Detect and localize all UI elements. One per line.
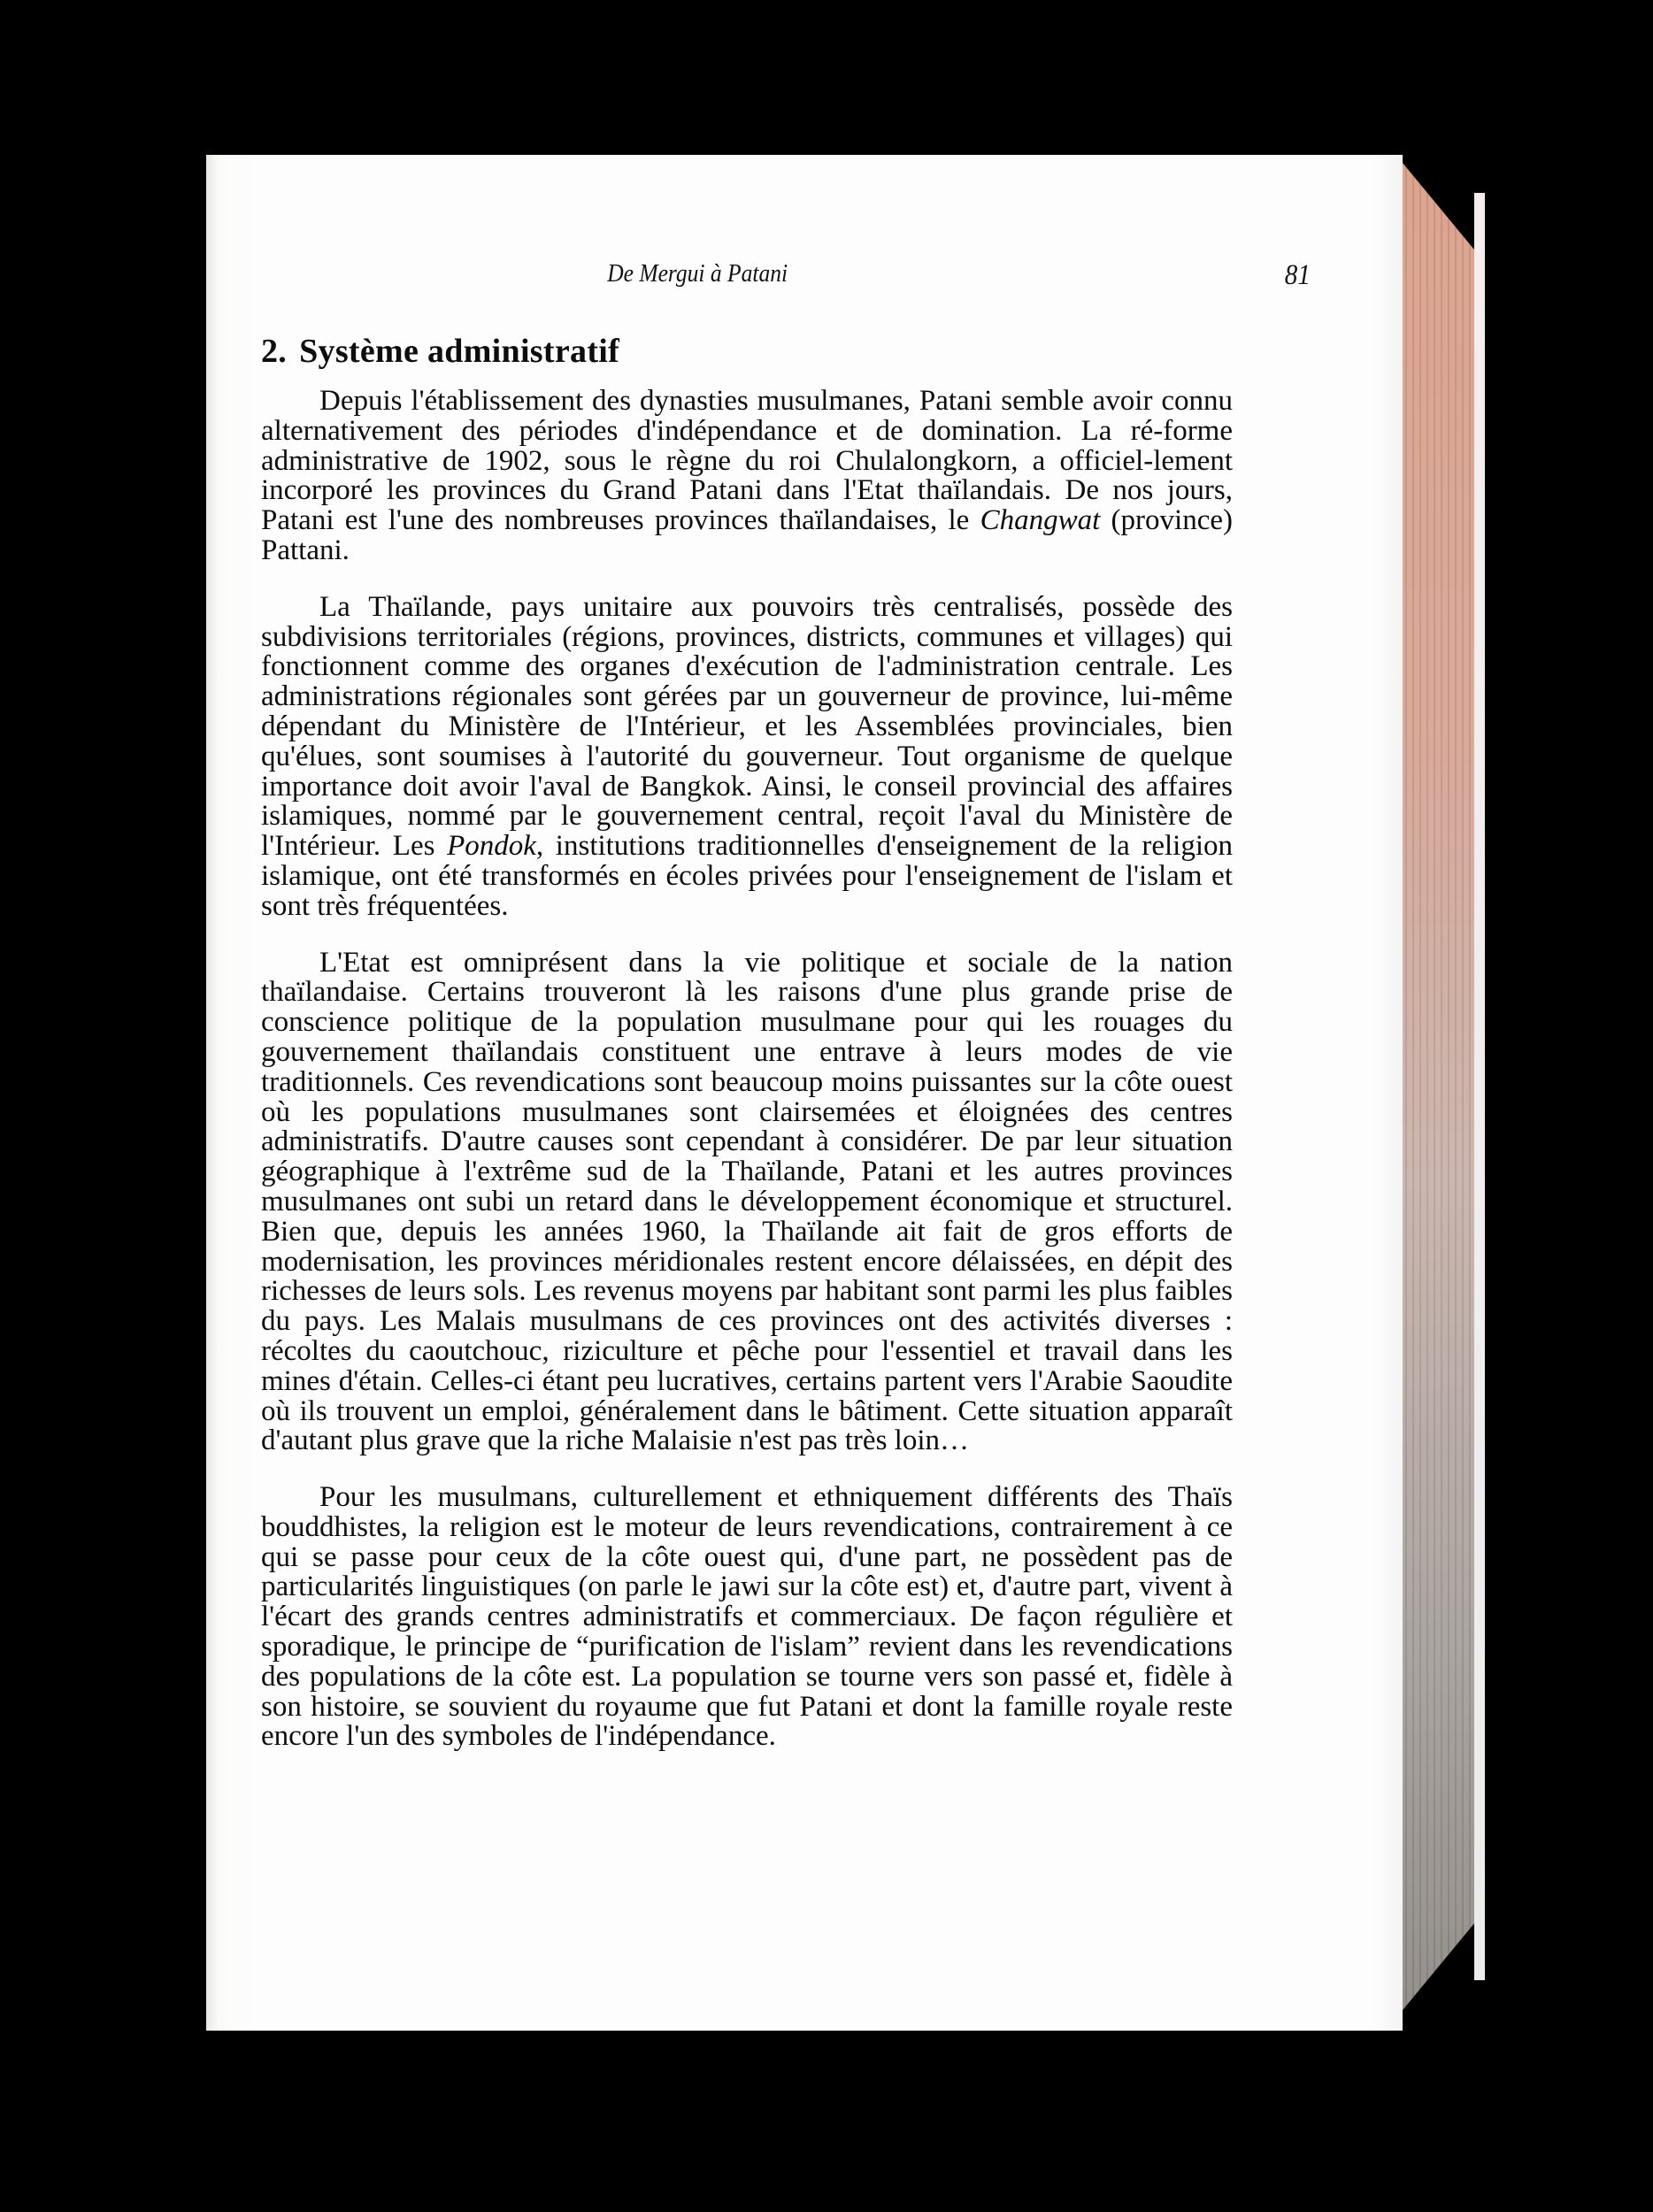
book-fore-edge-last-leaf <box>1474 193 1485 1980</box>
body-text: 2.Système administratif Depuis l'établis… <box>261 332 1233 1778</box>
paragraph-2: La Thaïlande, pays unitaire aux pouvoirs… <box>261 593 1233 922</box>
section-number: 2. <box>261 333 287 370</box>
book-photo: De Mergui à Patani 81 2.Système administ… <box>0 0 1653 2212</box>
running-head: De Mergui à Patani 81 <box>206 259 1259 295</box>
italic-term: Changwat <box>980 504 1101 536</box>
book-page: De Mergui à Patani 81 2.Système administ… <box>206 155 1403 2031</box>
running-head-title: De Mergui à Patani <box>607 259 788 288</box>
section-heading: 2.Système administratif <box>261 332 1233 371</box>
italic-term: Pondok <box>447 830 536 862</box>
paragraph-text: Pour les musulmans, culturellement et et… <box>261 1481 1233 1752</box>
paragraph-text: L'Etat est omniprésent dans la vie polit… <box>261 947 1233 1457</box>
paragraph-4: Pour les musulmans, culturellement et et… <box>261 1483 1233 1752</box>
section-title: Système administratif <box>299 333 619 370</box>
page-number: 81 <box>1285 259 1311 292</box>
paragraph-text: La Thaïlande, pays unitaire aux pouvoirs… <box>261 591 1233 862</box>
paragraph-1: Depuis l'établissement des dynasties mus… <box>261 387 1233 566</box>
paragraph-3: L'Etat est omniprésent dans la vie polit… <box>261 949 1233 1457</box>
